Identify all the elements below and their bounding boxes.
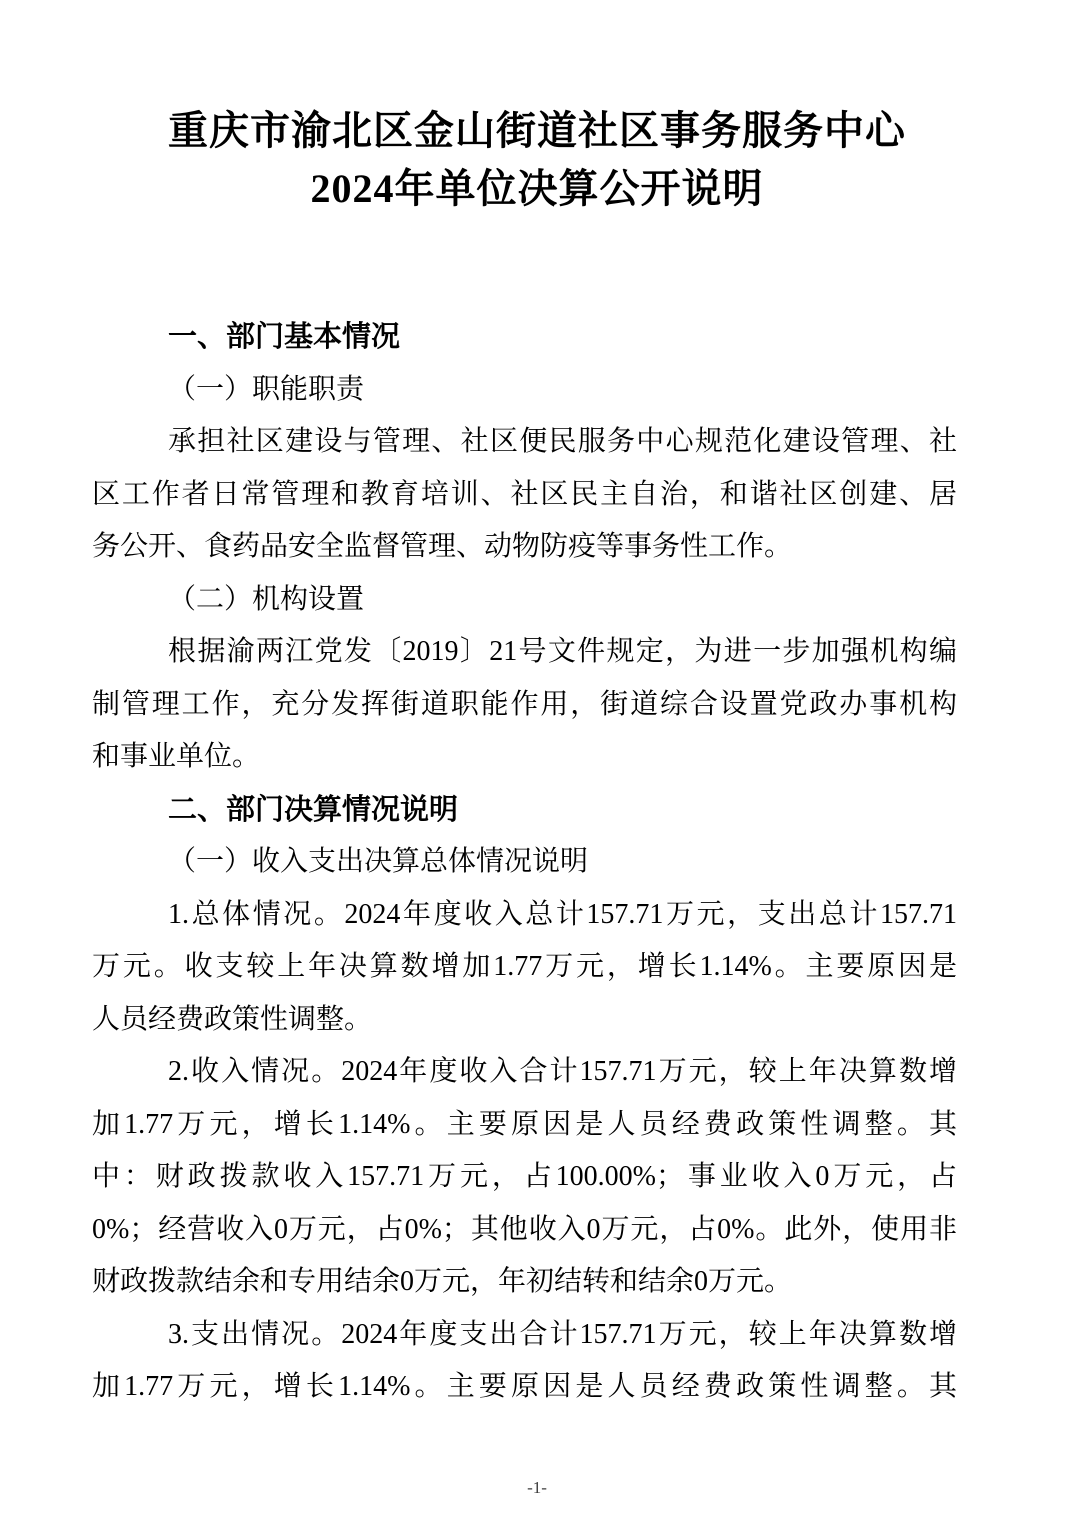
subheading-overview: （一）收入支出决算总体情况说明 — [92, 836, 957, 889]
paragraph-overall-line-3: 人员经费政策性调整。 — [92, 994, 957, 1047]
paragraph-org-setup-line-3: 和事业单位。 — [92, 731, 957, 784]
paragraph-income: 2.收入情况。2024年度收入合计157.71万元，较上年决算数增 加1.77万… — [92, 1046, 957, 1309]
paragraph-overall-line-1: 1.总体情况。2024年度收入总计157.71万元，支出总计157.71 — [92, 889, 957, 942]
document-title: 重庆市渝北区金山街道社区事务服务中心 2024年单位决算公开说明 — [0, 0, 1074, 218]
paragraph-overall: 1.总体情况。2024年度收入总计157.71万元，支出总计157.71 万元。… — [92, 889, 957, 1047]
paragraph-org-setup-line-1: 根据渝两江党发〔2019〕21号文件规定，为进一步加强机构编 — [92, 626, 957, 679]
subheading-org-setup: （二）机构设置 — [92, 574, 957, 627]
paragraph-income-line-1: 2.收入情况。2024年度收入合计157.71万元，较上年决算数增 — [92, 1046, 957, 1099]
heading-basic-info: 一、部门基本情况 — [92, 311, 957, 364]
subheading-duties: （一）职能职责 — [92, 364, 957, 417]
paragraph-expenditure-line-2: 加1.77万元，增长1.14%。主要原因是人员经费政策性调整。其 — [92, 1361, 957, 1414]
paragraph-income-line-2: 加1.77万元，增长1.14%。主要原因是人员经费政策性调整。其 — [92, 1099, 957, 1152]
paragraph-expenditure-line-1: 3.支出情况。2024年度支出合计157.71万元，较上年决算数增 — [92, 1309, 957, 1362]
paragraph-income-line-4: 0%；经营收入0万元，占0%；其他收入0万元，占0%。此外，使用非 — [92, 1204, 957, 1257]
paragraph-duties-line-3: 务公开、食药品安全监督管理、动物防疫等事务性工作。 — [92, 521, 957, 574]
paragraph-duties: 承担社区建设与管理、社区便民服务中心规范化建设管理、社 区工作者日常管理和教育培… — [92, 416, 957, 574]
paragraph-overall-line-2: 万元。收支较上年决算数增加1.77万元，增长1.14%。主要原因是 — [92, 941, 957, 994]
paragraph-income-line-3: 中：财政拨款收入157.71万元，占100.00%；事业收入0万元，占 — [92, 1151, 957, 1204]
document-title-line-2: 2024年单位决算公开说明 — [0, 160, 1074, 218]
paragraph-income-line-5: 财政拨款结余和专用结余0万元，年初结转和结余0万元。 — [92, 1256, 957, 1309]
document-page: 重庆市渝北区金山街道社区事务服务中心 2024年单位决算公开说明 一、部门基本情… — [0, 0, 1074, 1520]
paragraph-org-setup: 根据渝两江党发〔2019〕21号文件规定，为进一步加强机构编 制管理工作，充分发… — [92, 626, 957, 784]
paragraph-duties-line-1: 承担社区建设与管理、社区便民服务中心规范化建设管理、社 — [92, 416, 957, 469]
page-number: -1- — [0, 1478, 1074, 1498]
paragraph-org-setup-line-2: 制管理工作，充分发挥街道职能作用，街道综合设置党政办事机构 — [92, 679, 957, 732]
paragraph-duties-line-2: 区工作者日常管理和教育培训、社区民主自治，和谐社区创建、居 — [92, 469, 957, 522]
heading-final-accounts: 二、部门决算情况说明 — [92, 784, 957, 837]
document-body: 一、部门基本情况 （一）职能职责 承担社区建设与管理、社区便民服务中心规范化建设… — [92, 311, 957, 1414]
paragraph-expenditure: 3.支出情况。2024年度支出合计157.71万元，较上年决算数增 加1.77万… — [92, 1309, 957, 1414]
document-title-line-1: 重庆市渝北区金山街道社区事务服务中心 — [0, 102, 1074, 160]
